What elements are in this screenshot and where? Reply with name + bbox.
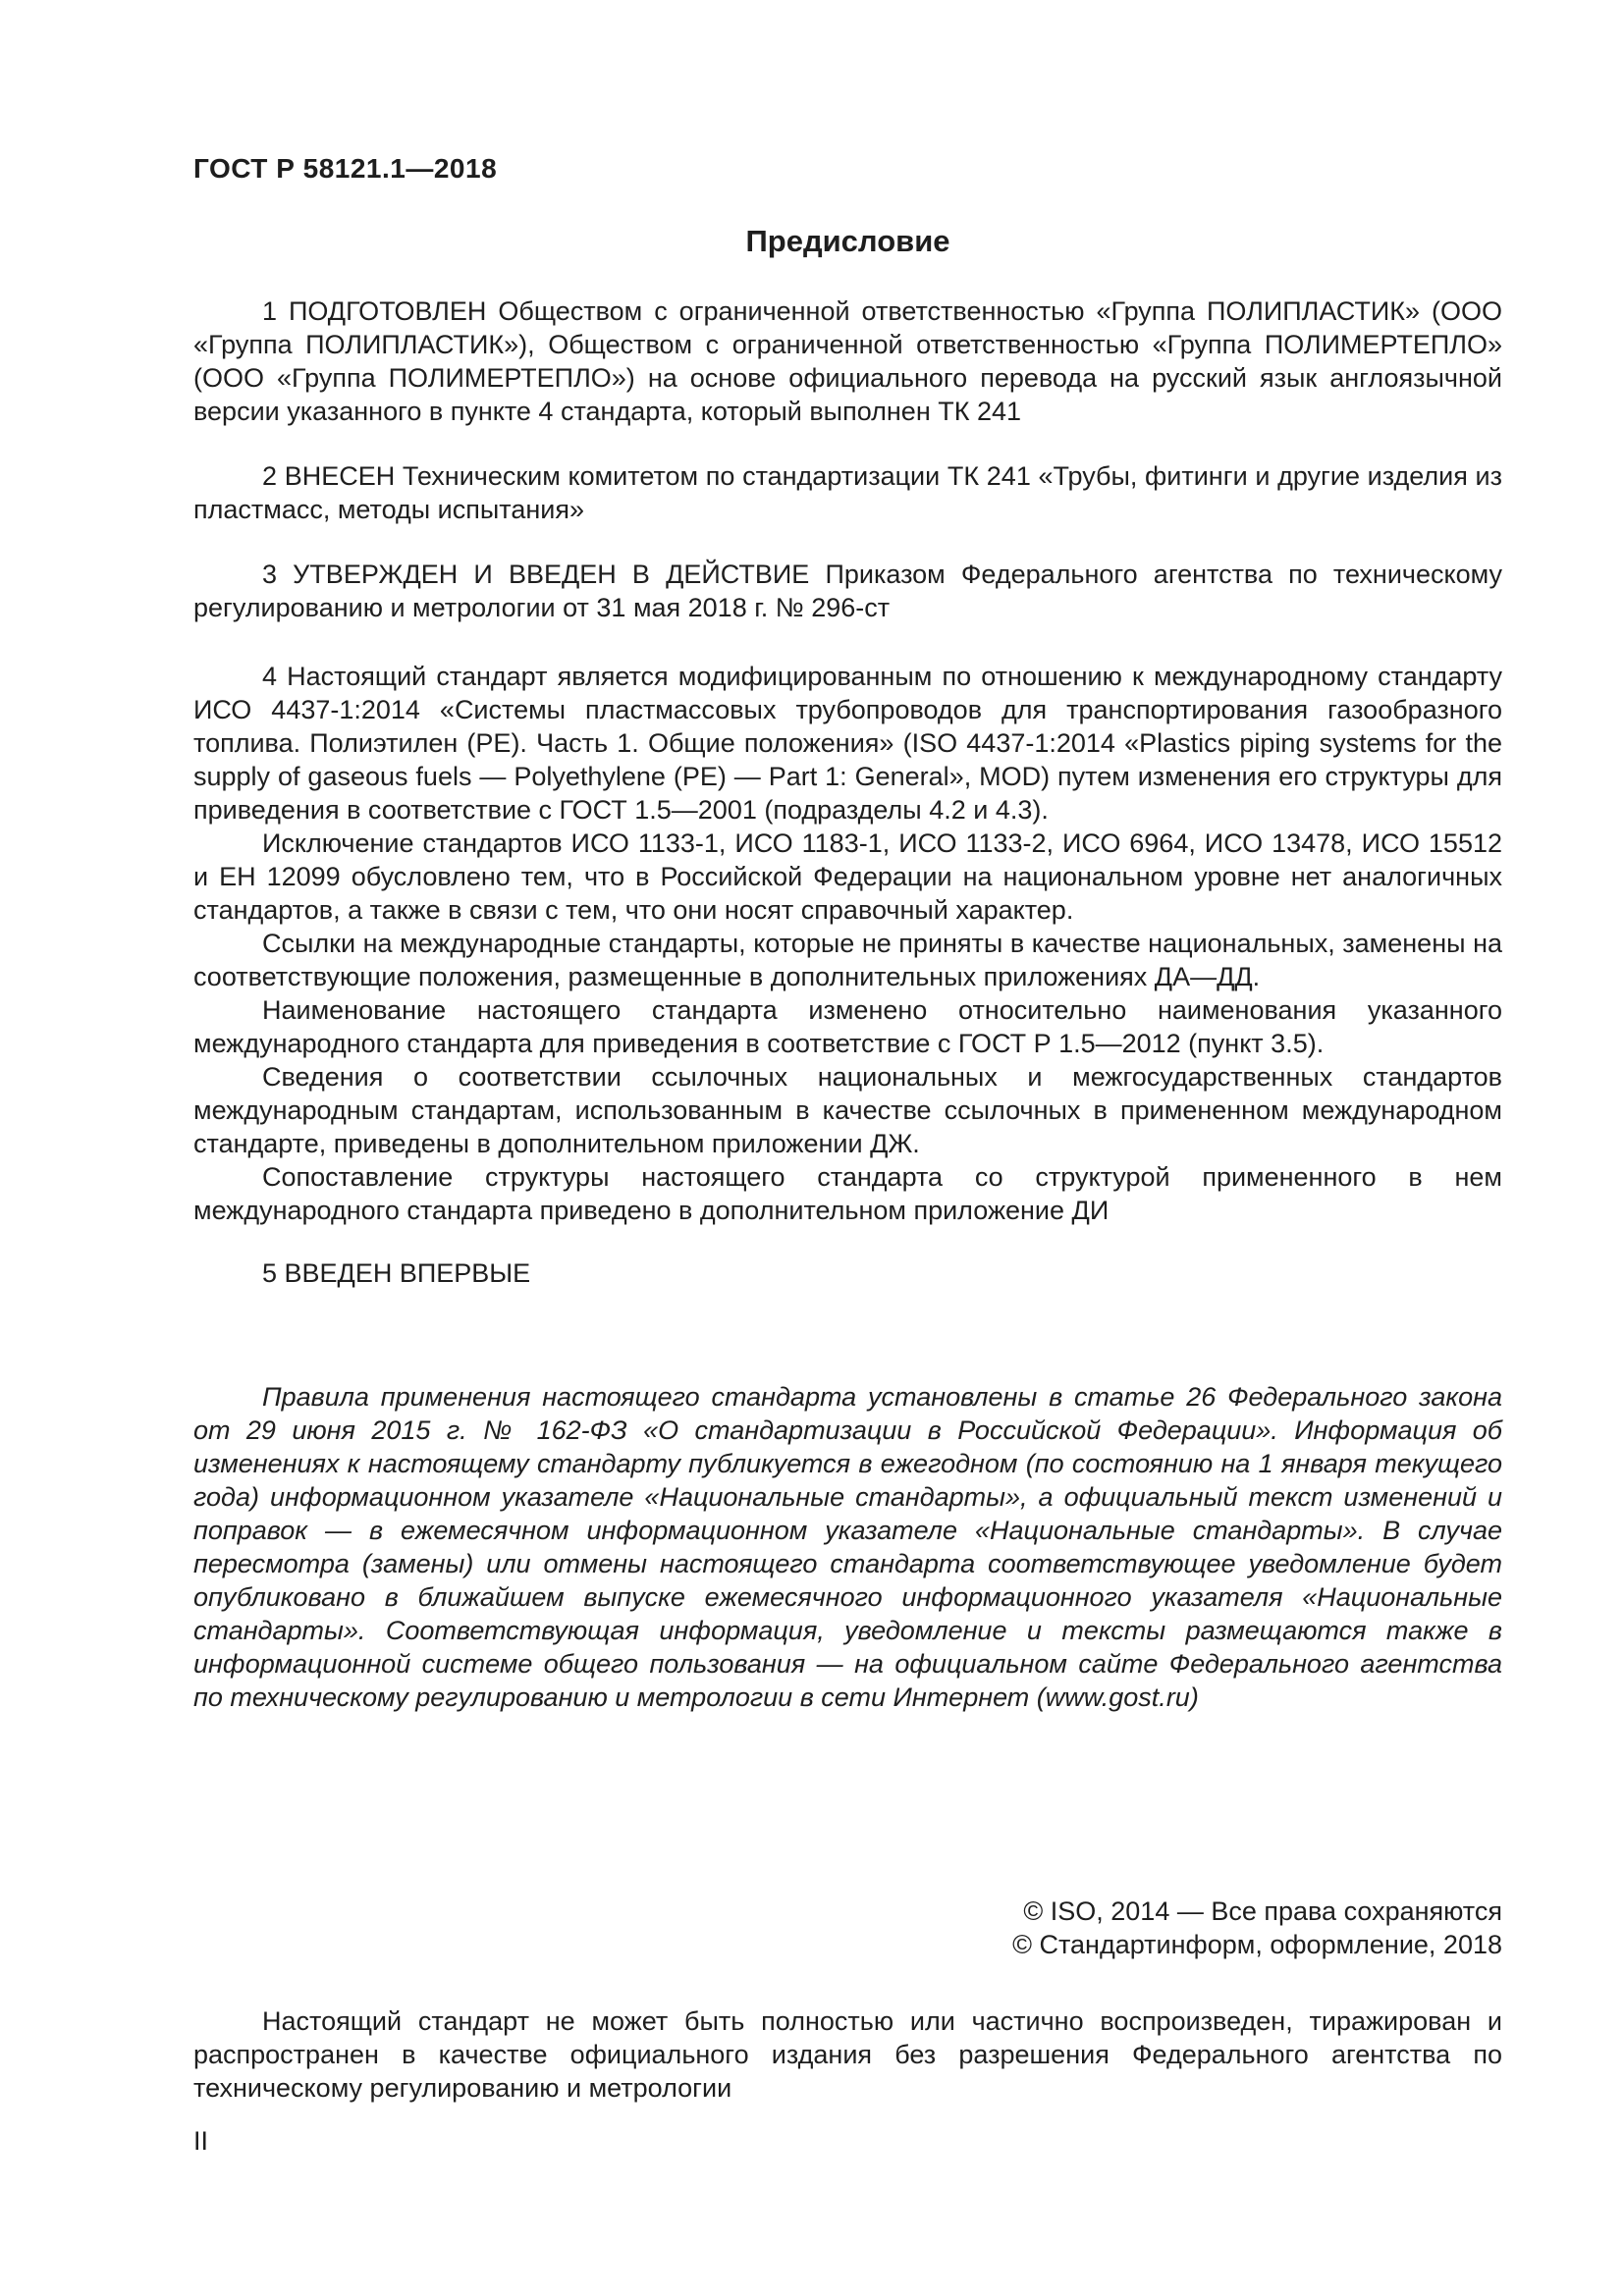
foreword-item-1: 1 ПОДГОТОВЛЕН Обществом с ограниченной о… xyxy=(193,294,1502,428)
copyright-standartinform-line: © Стандартинформ, оформление, 2018 xyxy=(193,1928,1502,1961)
copyright-iso-line: © ISO, 2014 — Все права сохраняются xyxy=(193,1895,1502,1928)
legal-notice-block: Правила применения настоящего стандарта … xyxy=(193,1380,1502,1714)
foreword-item-3: 3 УТВЕРЖДЕН И ВВЕДЕН В ДЕЙСТВИЕ Приказом… xyxy=(193,558,1502,624)
foreword-item-4-correspondence: Сведения о соответствии ссылочных национ… xyxy=(193,1060,1502,1160)
foreword-item-2: 2 ВНЕСЕН Техническим комитетом по станда… xyxy=(193,459,1502,526)
copyright-block: © ISO, 2014 — Все права сохраняются © Ст… xyxy=(193,1895,1502,1961)
foreword-item-4-exclusions: Исключение стандартов ИСО 1133-1, ИСО 11… xyxy=(193,827,1502,927)
page-title: Предисловие xyxy=(193,222,1502,261)
foreword-item-4: 4 Настоящий стандарт является модифициро… xyxy=(193,660,1502,827)
document-code: ГОСТ Р 58121.1—2018 xyxy=(193,152,1502,186)
foreword-item-5: 5 ВВЕДЕН ВПЕРВЫЕ xyxy=(193,1256,1502,1290)
legal-notice-text: Правила применения настоящего стандарта … xyxy=(193,1380,1502,1714)
reproduction-disclaimer: Настоящий стандарт не может быть полност… xyxy=(193,2004,1502,2105)
foreword-item-4-naming: Наименование настоящего стандарта измене… xyxy=(193,993,1502,1060)
document-page: ГОСТ Р 58121.1—2018 Предисловие 1 ПОДГОТ… xyxy=(0,0,1624,2296)
foreword-item-4-structure: Сопоставление структуры настоящего станд… xyxy=(193,1160,1502,1227)
foreword-item-4-references: Ссылки на международные стандарты, котор… xyxy=(193,927,1502,993)
page-number: II xyxy=(193,2124,1502,2158)
